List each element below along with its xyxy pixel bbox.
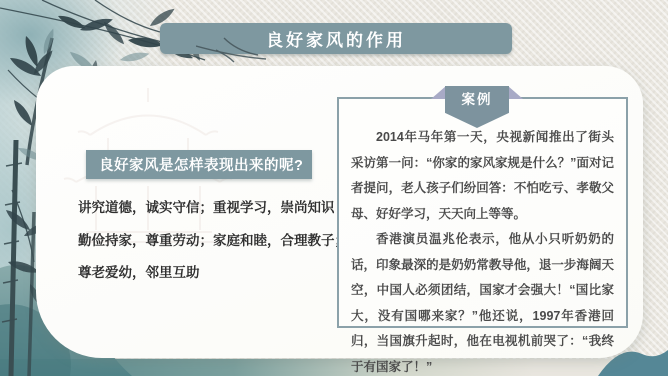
left-body-text: 讲究道德，诚实守信；重视学习，崇尚知识 勤俭持家，尊重劳动；家庭和睦，合理教子；… (78, 192, 338, 290)
case-badge-label: 案例 (445, 86, 509, 128)
twig-icon (196, 36, 268, 64)
section-heading: 良好家风是怎样表现出来的呢? (99, 154, 303, 175)
case-paragraph: 香港演员温兆伦表示，他从小只听奶奶的话，印象最深的是奶奶常教导他，退一步海阔天空… (351, 227, 614, 376)
section-heading-box: 良好家风是怎样表现出来的呢? (86, 150, 312, 179)
case-paragraph: 2014年马年第一天，央视新闻推出了街头采访第一问：“你家的家风家规是什么？”面… (351, 125, 614, 227)
case-badge: 案例 (445, 86, 509, 128)
case-box: 案例 2014年马年第一天，央视新闻推出了街头采访第一问：“你家的家风家规是什么… (337, 97, 628, 328)
body-line: 讲究道德，诚实守信；重视学习，崇尚知识 (78, 192, 338, 225)
body-line: 勤俭持家，尊重劳动；家庭和睦，合理教子； (78, 225, 338, 258)
body-line: 尊老爱幼，邻里互助 (78, 257, 338, 290)
slide: 良好家风的作用 良好家风是怎样表现出来的呢? 讲究道德，诚实守信；重视学习，崇尚… (0, 0, 668, 376)
page-title: 良好家风的作用 (266, 26, 406, 51)
